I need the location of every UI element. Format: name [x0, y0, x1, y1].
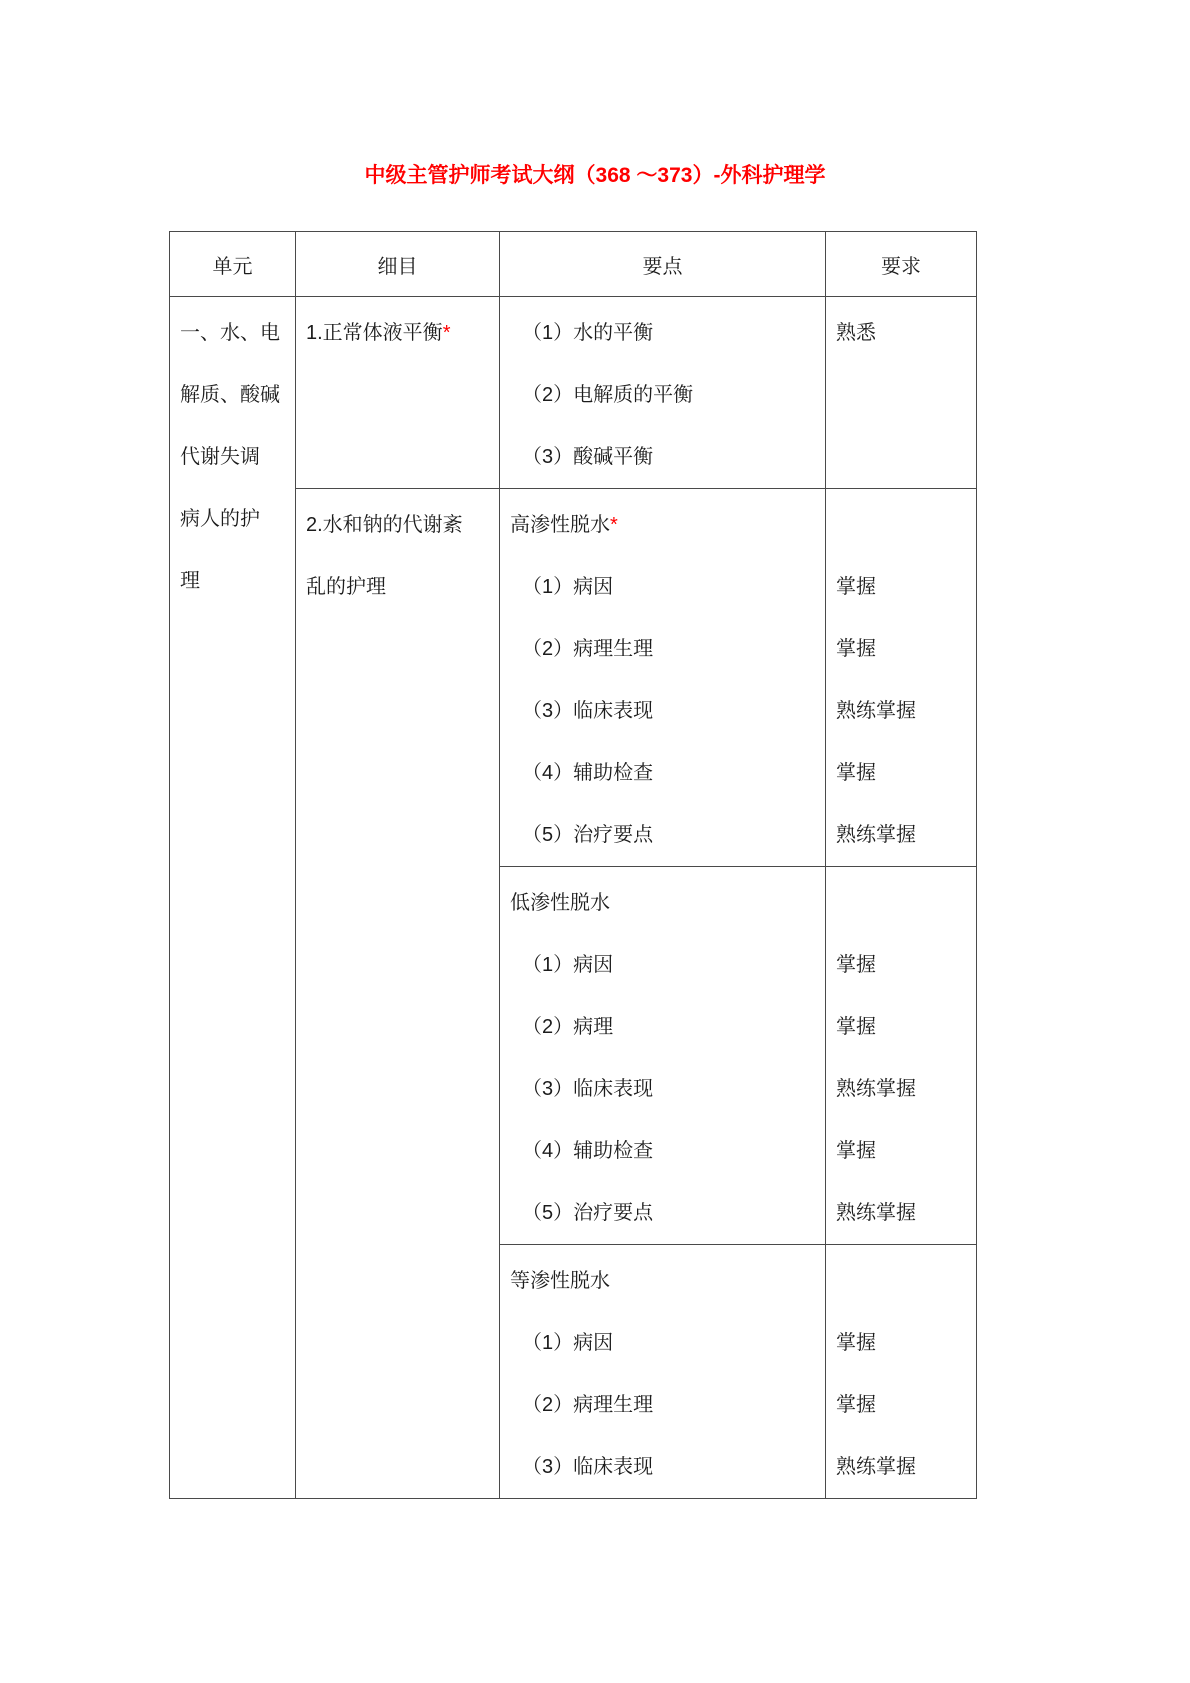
text-line: （5）治疗要点 [510, 804, 817, 866]
requirement-cell-hypotonic: 掌握掌握熟练掌握掌握熟练掌握 [826, 867, 977, 1245]
text-line: （2）病理生理 [510, 618, 817, 680]
unit-cell: 一、水、电解质、酸碱代谢失调病人的护理 [170, 297, 296, 1499]
text-line: 掌握 [836, 996, 968, 1058]
detail-cell-1: 1.正常体液平衡* [296, 297, 500, 489]
text-line [836, 494, 968, 556]
red-asterisk: * [443, 322, 451, 344]
text-line: 高渗性脱水* [510, 494, 817, 556]
text-line: （3）酸碱平衡 [510, 426, 817, 488]
red-asterisk: * [610, 514, 618, 536]
text-line: 熟练掌握 [836, 680, 968, 742]
requirement-cell-hypertonic: 掌握掌握熟练掌握掌握熟练掌握 [826, 489, 977, 867]
text-line: （5）治疗要点 [510, 1182, 817, 1244]
requirement-cell-isotonic: 掌握掌握熟练掌握 [826, 1245, 977, 1499]
text-line: 解质、酸碱 [180, 364, 287, 426]
text-line: 病人的护 [180, 488, 287, 550]
text-line: 理 [180, 550, 287, 612]
text-line: 熟练掌握 [836, 1182, 968, 1244]
header-cell-unit: 单元 [170, 232, 296, 297]
requirement-cell-1: 熟悉 [826, 297, 977, 489]
text-line: 熟练掌握 [836, 804, 968, 866]
document-title: 中级主管护师考试大纲（368 ～373）-外科护理学 [0, 160, 1190, 192]
text-line: （2）病理 [510, 996, 817, 1058]
header-cell-requirement: 要求 [826, 232, 977, 297]
text-line: 代谢失调 [180, 426, 287, 488]
text-line [836, 1250, 968, 1312]
text-line: （1）病因 [510, 934, 817, 996]
text-line: 掌握 [836, 1312, 968, 1374]
text-line: 熟悉 [836, 302, 968, 364]
table-row-1: 一、水、电解质、酸碱代谢失调病人的护理 1.正常体液平衡* （1）水的平衡（2）… [170, 297, 977, 489]
text-line [836, 872, 968, 934]
page: { "title": { "text": "中级主管护师考试大纲（368 ～37… [0, 0, 1190, 1683]
text-line: （3）临床表现 [510, 680, 817, 742]
text-line: 1.正常体液平衡* [306, 302, 491, 364]
detail-cell-2: 2.水和钠的代谢紊乱的护理 [296, 489, 500, 1499]
text-line: （1）水的平衡 [510, 302, 817, 364]
text-line: 掌握 [836, 1120, 968, 1182]
text-line: 低渗性脱水 [510, 872, 817, 934]
text-line: （3）临床表现 [510, 1058, 817, 1120]
syllabus-table: 单元 细目 要点 要求 一、水、电解质、酸碱代谢失调病人的护理 1.正常体液平衡… [169, 231, 977, 1499]
text-line: 熟练掌握 [836, 1058, 968, 1120]
text-line: 熟练掌握 [836, 1436, 968, 1498]
text-line [836, 364, 968, 426]
text-line: （3）临床表现 [510, 1436, 817, 1498]
text-line: 乱的护理 [306, 556, 491, 618]
header-cell-detail: 细目 [296, 232, 500, 297]
text-line: 掌握 [836, 556, 968, 618]
text-line: （2）电解质的平衡 [510, 364, 817, 426]
text-line: 掌握 [836, 1374, 968, 1436]
text-line: 一、水、电 [180, 302, 287, 364]
text-line: （2）病理生理 [510, 1374, 817, 1436]
table-header-row: 单元 细目 要点 要求 [170, 232, 977, 297]
points-cell-isotonic: 等渗性脱水（1）病因（2）病理生理（3）临床表现 [500, 1245, 826, 1499]
text-line: 2.水和钠的代谢紊 [306, 494, 491, 556]
text-line: 等渗性脱水 [510, 1250, 817, 1312]
text-line: （1）病因 [510, 556, 817, 618]
text-line: 掌握 [836, 742, 968, 804]
points-cell-hypertonic: 高渗性脱水*（1）病因（2）病理生理（3）临床表现（4）辅助检查（5）治疗要点 [500, 489, 826, 867]
text-line [836, 426, 968, 488]
text-line: （4）辅助检查 [510, 742, 817, 804]
text-line: （4）辅助检查 [510, 1120, 817, 1182]
points-cell-hypotonic: 低渗性脱水（1）病因（2）病理（3）临床表现（4）辅助检查（5）治疗要点 [500, 867, 826, 1245]
header-cell-points: 要点 [500, 232, 826, 297]
text-line: （1）病因 [510, 1312, 817, 1374]
text-line: 掌握 [836, 618, 968, 680]
text-line: 掌握 [836, 934, 968, 996]
points-cell-1: （1）水的平衡（2）电解质的平衡（3）酸碱平衡 [500, 297, 826, 489]
